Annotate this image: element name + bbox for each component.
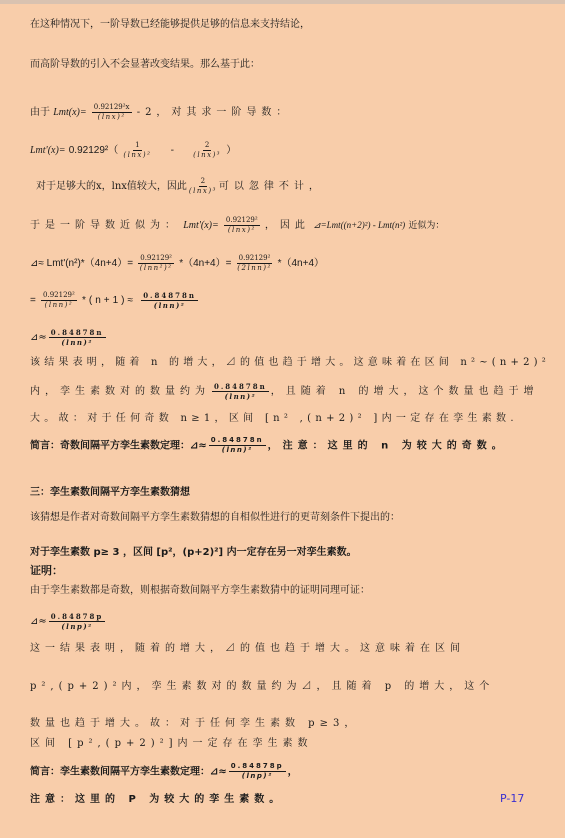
formula-line: 对于足够大的x，lnx值较大，因此2(lnx)³可以忽律不计，	[36, 177, 324, 196]
numerator: 0.84878n	[212, 382, 269, 392]
math-func: Lmt'(x)=	[30, 145, 66, 156]
denominator: (lnp)²	[61, 622, 92, 631]
text: 由于	[30, 107, 50, 118]
numerator: 0.92129²	[138, 254, 174, 264]
numerator: 0.92129²	[41, 291, 77, 301]
paragraph: 这一结果表明，随着的增大，⊿的值也趋于增大。这意味着在区间	[30, 642, 465, 656]
close-paren: ）	[226, 145, 236, 156]
formula-line: ⊿≈ Lmt'(n²)*（4n+4）= 0.92129²(lnn²)² *（4n…	[30, 254, 324, 273]
page-number: P-17	[500, 792, 524, 805]
numerator: 1	[133, 141, 141, 151]
section-heading: 三：孪生素数间隔平方孪生素数猜想	[30, 486, 190, 500]
denominator: (lnx)²	[98, 113, 126, 122]
text: -2，对其求一阶导数：	[137, 107, 292, 118]
text: ⊿≈ Lmt'(n²)*（4n+4）=	[30, 258, 133, 269]
formula-line: Lmt'(x)= 0.92129²（ 1(lnx)² - 2(lnx)³ ）	[30, 141, 236, 160]
formula-line: 内，孪生素数对的数量约为0.84878n(lnn)²，且随着 n 的增大，这个数…	[30, 382, 539, 401]
text: ，注意：这里的 n 为较大的奇数。	[268, 441, 507, 452]
paragraph: p²,(p+2)²内，孪生素数对的数量约为⊿，且随着 p 的增大，这个	[30, 680, 494, 694]
denominator: (lnx)²	[228, 226, 256, 235]
text: 简言：孪生素数间隔平方孪生素数定理：⊿≈	[30, 767, 227, 778]
fraction: 2(lnx)³	[193, 141, 221, 160]
theorem-statement: 对于孪生素数 p≥ 3 ，区间 [p²，(p+2)²] 内一定存在另一对孪生素数…	[30, 546, 357, 560]
formula-line: 简言：孪生素数间隔平方孪生素数定理：⊿≈0.84878p(lnp)²，	[30, 762, 298, 781]
text: ⊿≈	[30, 616, 47, 627]
text: *（4n+4）=	[179, 258, 231, 269]
denominator: (lnn)²	[61, 338, 93, 347]
fraction: 0.92129²(2lnn)²	[237, 254, 273, 273]
numerator: 0.84878p	[49, 612, 106, 622]
paragraph: 由于孪生素数都是奇数，则根据奇数间隔平方孪生素数猜中的证明同理可证：	[30, 584, 370, 598]
fraction: 0.92129²(lnn)²	[41, 291, 77, 310]
numerator: 2	[199, 177, 207, 187]
math-func: Lmt'(x)=	[183, 220, 219, 231]
denominator: (lnn)²	[222, 446, 253, 455]
math-func: Lmt	[53, 107, 69, 118]
denominator: (lnx)²	[123, 151, 151, 160]
formula-line: ⊿≈0.84878p(lnp)²	[30, 612, 107, 631]
paragraph: 该结果表明，随着 n 的增大，⊿的值也趋于增大。这意味着在区间 n²~(n+2)…	[30, 356, 550, 370]
denominator: (2lnn)²	[237, 264, 271, 273]
text: *（4n+4）	[278, 258, 324, 269]
paragraph: 区间 [p²,(p+2)²]内一定存在孪生素数	[30, 737, 313, 751]
paragraph: 大。故：对于任何奇数 n≥1，区间 [n² ,(n+2)² ]内一定存在孪生素数…	[30, 412, 518, 426]
denominator: (lnn)²	[225, 392, 257, 401]
fraction: 0.84878n(lnn)²	[49, 328, 106, 347]
fraction: 0.84878p(lnp)²	[49, 612, 106, 631]
text: 简言：奇数间隔平方孪生素数定理：⊿≈	[30, 441, 207, 452]
paragraph: 在这种情况下，一阶导数已经能够提供足够的信息来支持结论，	[30, 18, 310, 32]
fraction: 2(lnx)³	[189, 177, 217, 196]
numerator: 0.84878n	[49, 328, 106, 338]
numerator: 0.92129²	[237, 254, 273, 264]
numerator: 0.84878p	[229, 762, 286, 772]
note: 注意：这里的 P 为较大的孪生素数。	[30, 793, 284, 807]
fraction: 1(lnx)²	[123, 141, 151, 160]
paragraph: 数量也趋于增大。故：对于任何孪生素数 p≥3，	[30, 717, 359, 731]
numerator: 0.92129²x	[92, 103, 132, 113]
denominator: (lnn)²	[154, 301, 186, 310]
math-arg: (x)=	[69, 107, 87, 118]
text: 对于足够大的x，lnx值较大，因此	[36, 181, 187, 192]
text: *(n+1)≈	[82, 295, 136, 306]
formula-line: 简言：奇数间隔平方孪生素数定理：⊿≈0.84878n(lnn)²，注意：这里的 …	[30, 436, 507, 455]
denominator: (lnx)³	[193, 151, 221, 160]
formula-line: ⊿≈0.84878n(lnn)²	[30, 328, 108, 347]
formula-line: 由于 Lmt(x)= 0.92129²x(lnx)² -2，对其求一阶导数：	[30, 103, 291, 122]
text: ，因此	[265, 220, 310, 231]
text: =	[30, 295, 36, 306]
text: ，	[288, 767, 298, 778]
text: 可以忽律不计，	[219, 181, 324, 192]
proof-label: 证明：	[30, 564, 63, 578]
denominator: (lnn)²	[45, 301, 74, 310]
fraction: 0.84878p(lnp)²	[229, 762, 286, 781]
denominator: (lnx)³	[189, 187, 217, 196]
minus: -	[171, 145, 174, 156]
fraction: 0.84878n(lnn)²	[141, 291, 198, 310]
formula-line: = 0.92129²(lnn)² *(n+1)≈ 0.84878n(lnn)²	[30, 291, 200, 310]
text: 内，孪生素数对的数量约为	[30, 386, 210, 397]
text: ⊿≈	[30, 332, 47, 343]
text: ，且随着 n 的增大，这个数量也趋于增	[271, 386, 539, 397]
math-expr: ⊿=Lmt((n+2)²) - Lmt(n²)	[313, 220, 405, 230]
fraction: 0.84878n(lnn)²	[212, 382, 269, 401]
paragraph: 而高阶导数的引入不会显著改变结果。那么基于此：	[30, 58, 260, 72]
denominator: (lnp)²	[242, 772, 273, 781]
fraction: 0.92129²(lnn²)²	[138, 254, 174, 273]
paragraph: 该猜想是作者对奇数间隔平方孪生素数猜想的自相似性进行的更苛刻条件下提出的：	[30, 511, 400, 525]
numerator: 0.84878n	[141, 291, 198, 301]
text: 近似为：	[408, 221, 444, 231]
fraction: 0.84878n(lnn)²	[209, 436, 266, 455]
numerator: 2	[203, 141, 211, 151]
fraction: 0.92129²x(lnx)²	[92, 103, 132, 122]
fraction: 0.92129²(lnx)²	[224, 216, 260, 235]
denominator: (lnn²)²	[140, 264, 173, 273]
formula-line: 于是一阶导数近似为： Lmt'(x)= 0.92129²(lnx)² ，因此 ⊿…	[30, 216, 444, 235]
math-coef: 0.92129²（	[69, 145, 118, 156]
text: 于是一阶导数近似为：	[30, 220, 180, 231]
numerator: 0.92129²	[224, 216, 260, 226]
numerator: 0.84878n	[209, 436, 266, 446]
